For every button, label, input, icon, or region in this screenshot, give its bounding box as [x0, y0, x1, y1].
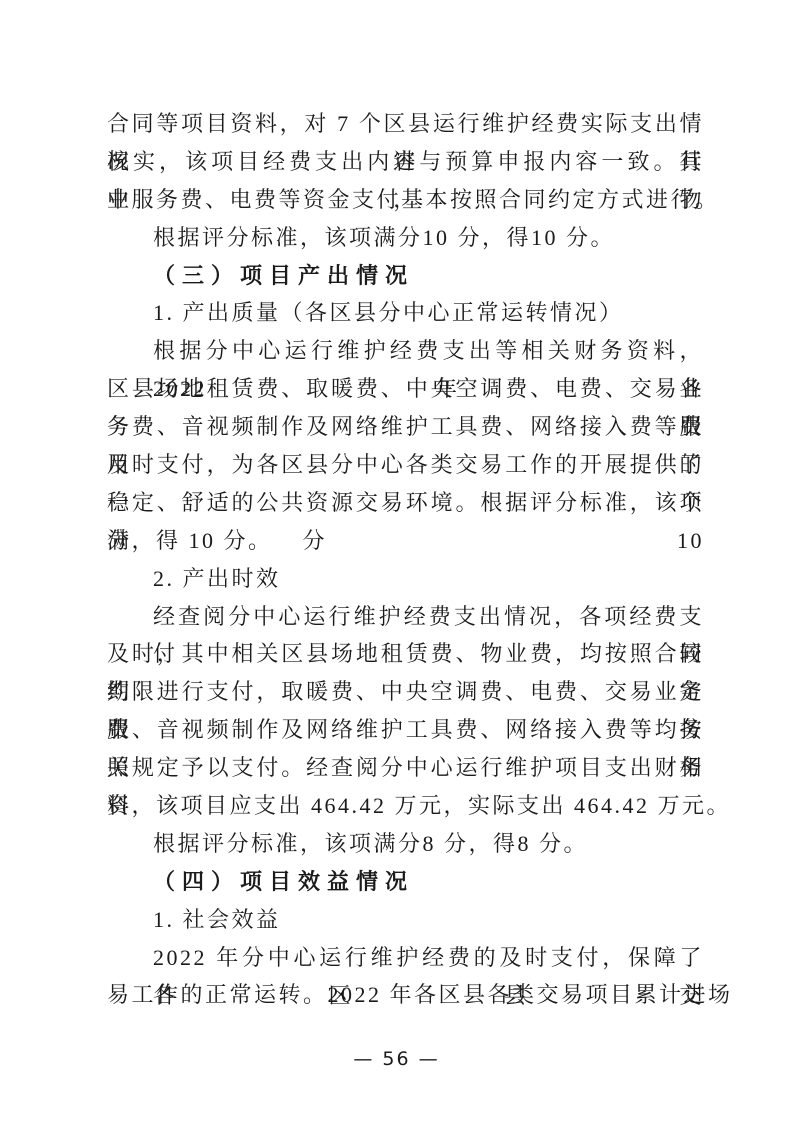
text-line: 经查阅分中心运行维护经费支出情况，各项经费支付较	[107, 598, 704, 636]
text-line: 务费、音视频制作及网络维护工具费、网络接入费等费用的	[107, 408, 704, 446]
text-line: 根据评分标准，该项满分8 分，得8 分。	[107, 825, 704, 863]
text-line: 料，该项目应支出 464.42 万元，实际支出 464.42 万元。	[107, 787, 704, 825]
page-number: — 56 —	[0, 1048, 793, 1070]
section-heading: （三）项目产出情况	[107, 257, 704, 295]
text-line: 关规定予以支付。经查阅分中心运行维护项目支出财务资	[107, 749, 704, 787]
text-line: 业服务费、电费等资金支付基本按照合同约定方式进行。	[107, 181, 704, 219]
text-line: 根据分中心运行维护经费支出等相关财务资料，2022 年各	[107, 332, 704, 370]
text-line: 费、音视频制作及网络维护工具费、网络接入费等均按照相	[107, 711, 704, 749]
section-heading: （四）项目效益情况	[107, 863, 704, 901]
text-line: 期限进行支付，取暖费、中央空调费、电费、交易业务服务	[107, 673, 704, 711]
text-line: 区县场地租赁费、取暖费、中央空调费、电费、交易业务服	[107, 370, 704, 408]
text-line: 1. 社会效益	[107, 901, 704, 939]
document-page: 合同等项目资料，对 7 个区县运行维护经费实际支出情况进行核实，该项目经费支出内…	[0, 0, 793, 1122]
text-line: 及时支付，为各区县分中心各类交易工作的开展提供了一个	[107, 446, 704, 484]
document-body: 合同等项目资料，对 7 个区县运行维护经费实际支出情况进行核实，该项目经费支出内…	[107, 105, 704, 1014]
text-line: 2022 年分中心运行维护经费的及时支付，保障了各区县交	[107, 939, 704, 977]
text-line: 稳定、舒适的公共资源交易环境。根据评分标准，该项满分 10	[107, 484, 704, 522]
text-line: 2. 产出时效	[107, 560, 704, 598]
text-line: 合同等项目资料，对 7 个区县运行维护经费实际支出情况进行	[107, 105, 704, 143]
text-line: 及时，其中相关区县场地租赁费、物业费，均按照合同约定	[107, 635, 704, 673]
text-line: 易工作的正常运转。2022 年各区县各类交易项目累计进场	[107, 976, 704, 1014]
text-line: 1. 产出质量（各区县分中心正常运转情况）	[107, 294, 704, 332]
text-line: 核实，该项目经费支出内容与预算申报内容一致。其中，物	[107, 143, 704, 181]
text-line: 根据评分标准，该项满分10 分，得10 分。	[107, 219, 704, 257]
